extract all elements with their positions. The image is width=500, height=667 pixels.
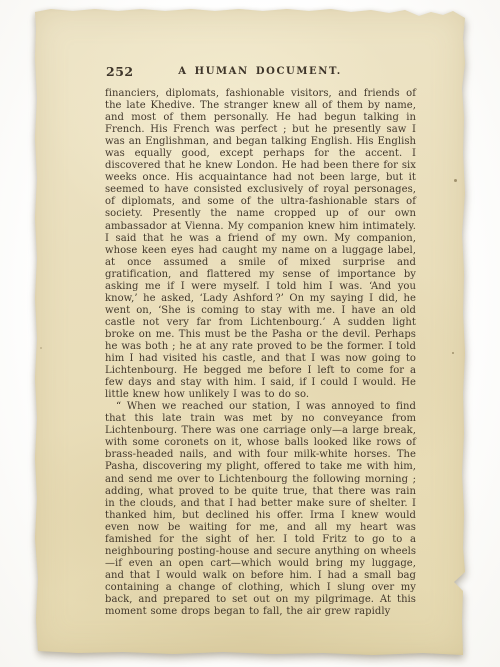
body-text: financiers, diplomats, fashionable visit… [105,88,416,618]
paper-sheet: 252 A HUMAN DOCUMENT. financiers, diplom… [33,8,466,656]
paper-speck [40,347,42,349]
paper-speck [454,179,457,182]
book-page: 252 A HUMAN DOCUMENT. financiers, diplom… [33,8,466,656]
page-header: 252 A HUMAN DOCUMENT. [105,64,415,80]
running-title: A HUMAN DOCUMENT. [105,66,415,77]
paragraph-1: financiers, diplomats, fashionable visit… [105,88,416,401]
paragraph-2: “ When we reached our station, I was ann… [105,401,416,618]
scanned-page-photo: 252 A HUMAN DOCUMENT. financiers, diplom… [0,0,500,667]
paper-speck [452,352,454,354]
